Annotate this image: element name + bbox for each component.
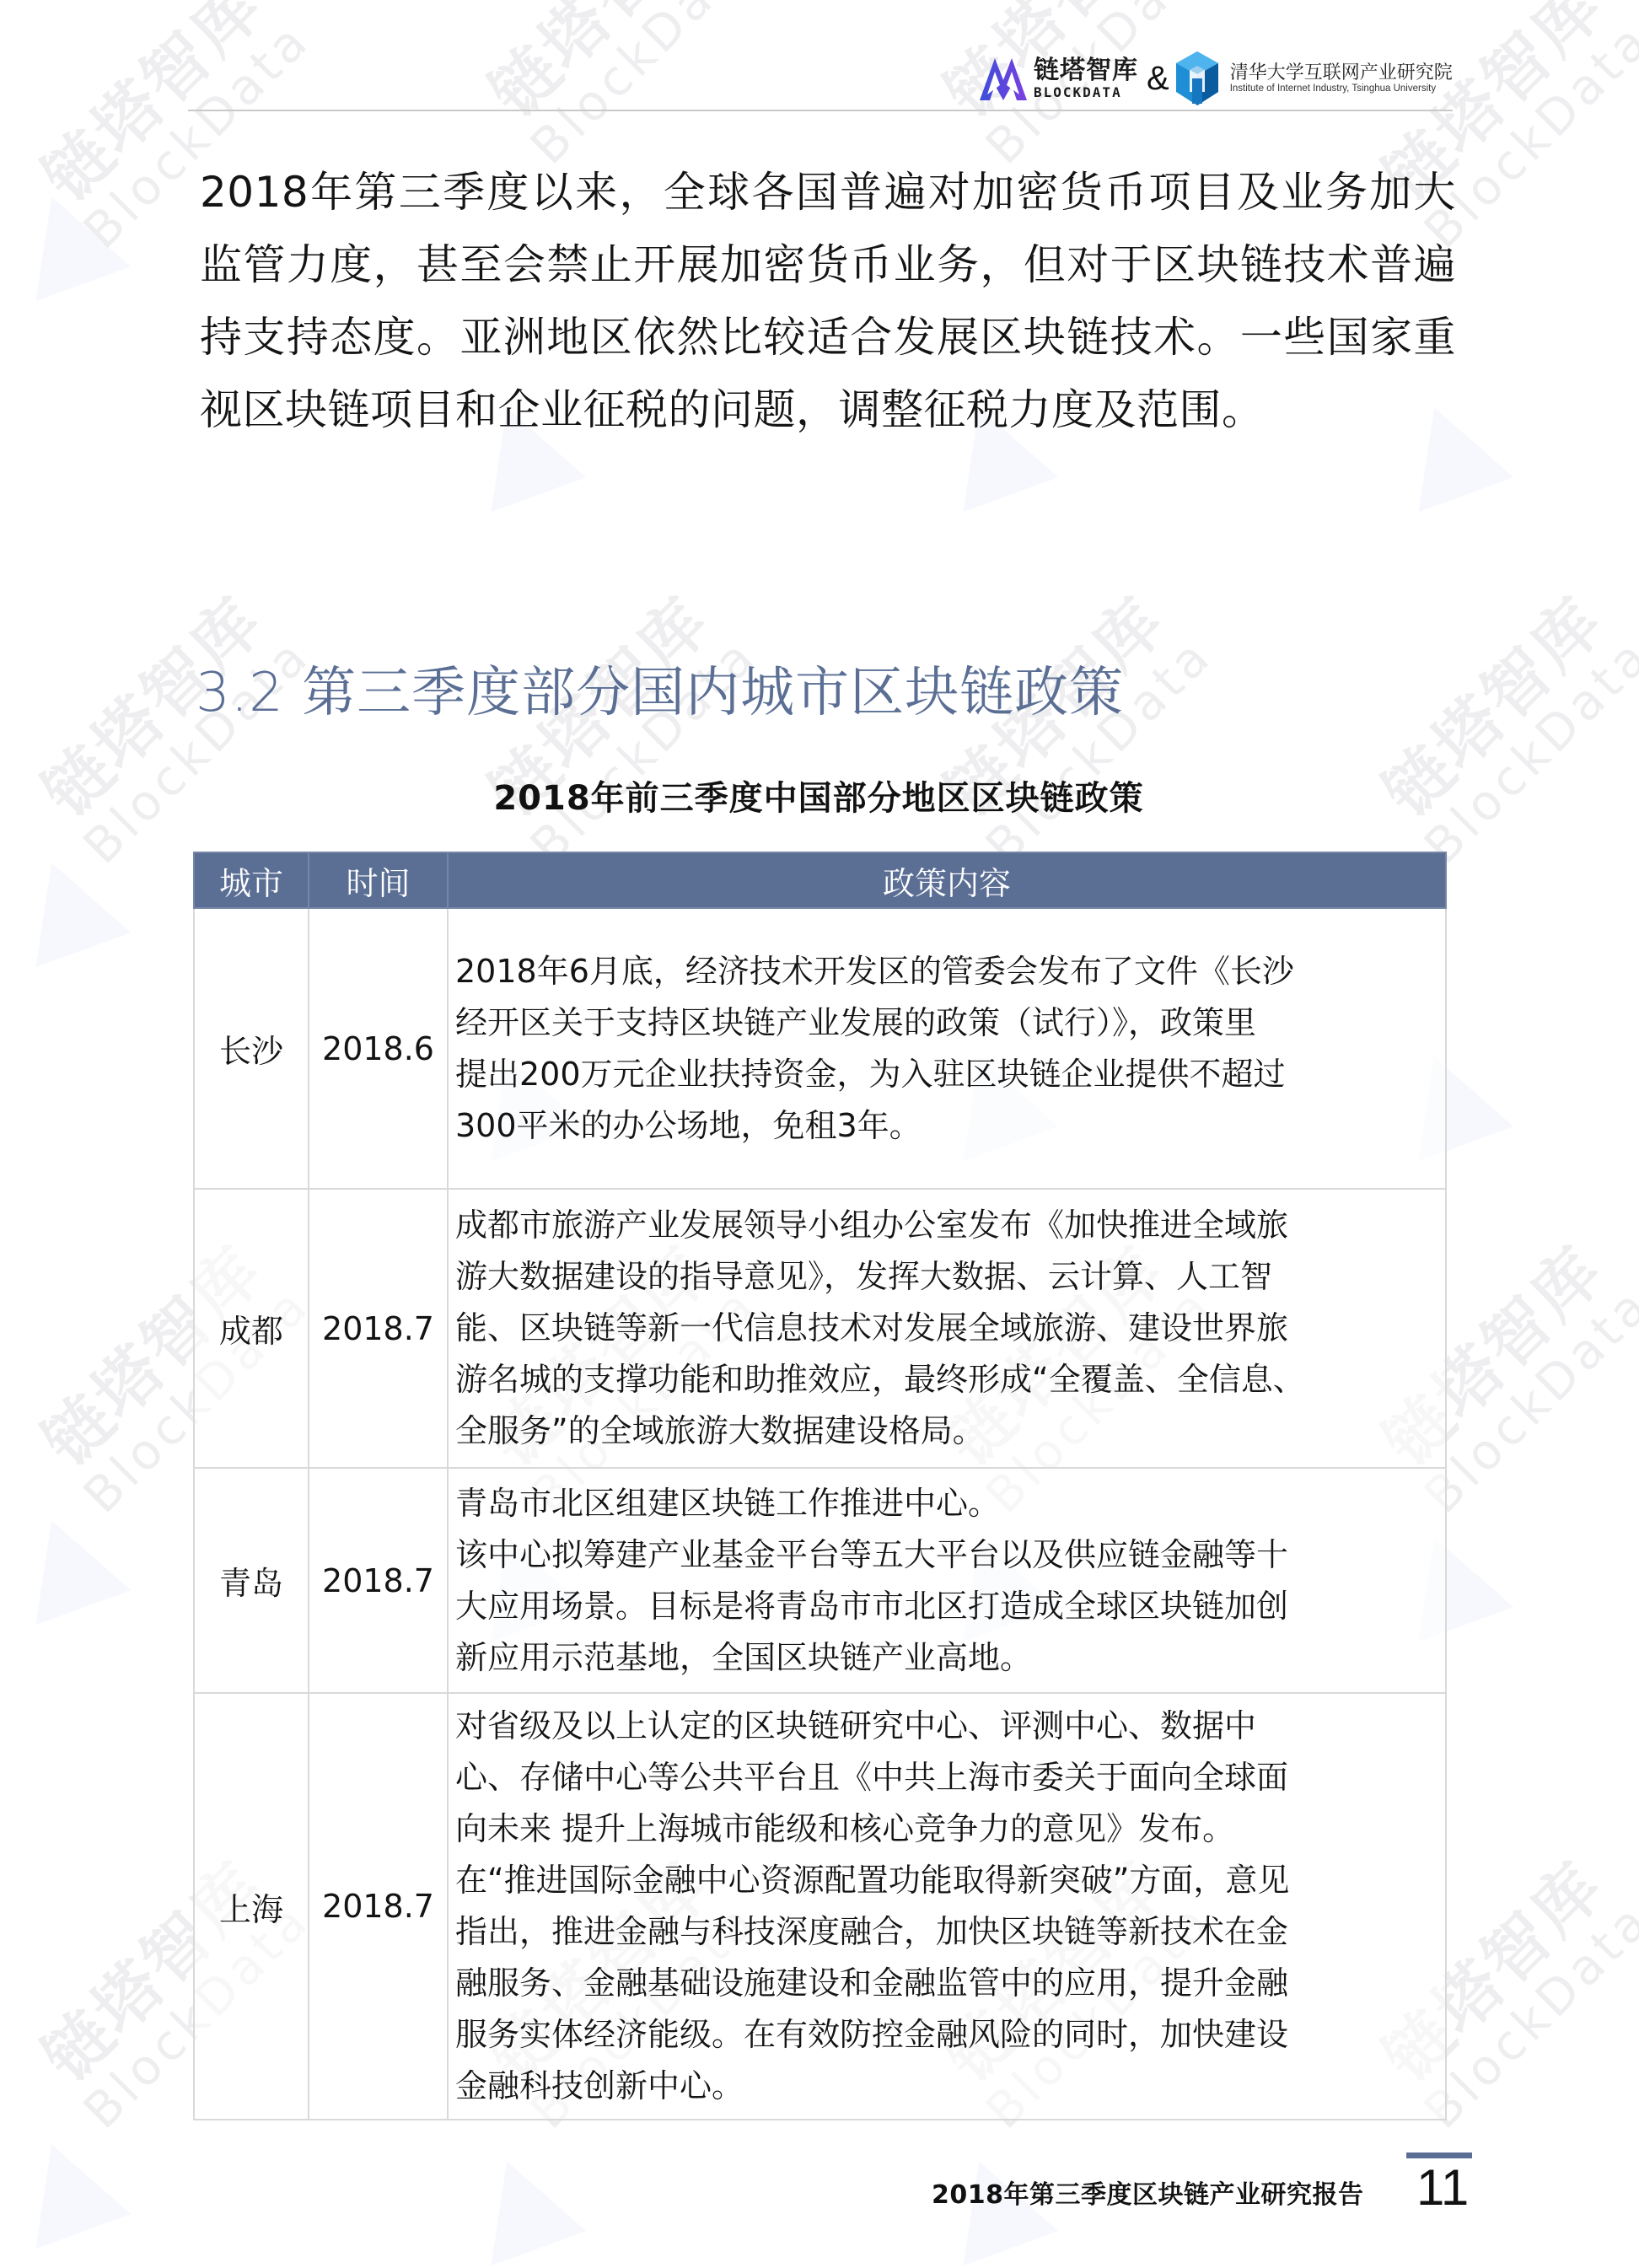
blockdata-name-en: BLOCKDATA xyxy=(1034,86,1138,99)
cell-content: 对省级及以上认定的区块链研究中心、评测中心、数据中 心、存储中心等公共平台且《中… xyxy=(448,1693,1446,2120)
cell-city: 青岛 xyxy=(194,1468,309,1693)
cell-content: 成都市旅游产业发展领导小组办公室发布《加快推进全域旅 游大数据建设的指导意见》，… xyxy=(448,1189,1446,1468)
cell-date: 2018.7 xyxy=(309,1189,448,1468)
page-header: 链塔智库 BLOCKDATA & 清华大学互联网产业研究院 Institute … xyxy=(978,51,1453,106)
header-divider xyxy=(188,110,1453,111)
blockdata-name-cn: 链塔智库 xyxy=(1034,58,1138,83)
column-header-content: 政策内容 xyxy=(448,852,1446,908)
table-header-row: 城市 时间 政策内容 xyxy=(194,852,1446,908)
blockdata-logo: 链塔智库 BLOCKDATA xyxy=(978,55,1138,102)
ampersand: & xyxy=(1147,60,1169,98)
cell-date: 2018.7 xyxy=(309,1693,448,2120)
table-row: 成都 2018.7 成都市旅游产业发展领导小组办公室发布《加快推进全域旅 游大数… xyxy=(194,1189,1446,1468)
table-row: 上海 2018.7 对省级及以上认定的区块链研究中心、评测中心、数据中 心、存储… xyxy=(194,1693,1446,2120)
watermark-text: 链塔智库BlockData xyxy=(1367,579,1639,873)
column-header-date: 时间 xyxy=(309,852,448,908)
cell-city: 上海 xyxy=(194,1693,309,2120)
blockdata-logo-icon xyxy=(978,55,1029,102)
watermark-logo-icon xyxy=(4,846,131,967)
watermark-logo-icon xyxy=(4,180,131,301)
footer-report-title: 2018年第三季度区块链产业研究报告 xyxy=(932,2174,1364,2211)
cell-date: 2018.7 xyxy=(309,1468,448,1693)
cell-date: 2018.6 xyxy=(309,908,448,1189)
watermark-logo-icon xyxy=(459,2144,586,2265)
watermark-text: 链塔智库BlockData xyxy=(473,0,766,173)
tsinghua-institute-name-cn: 清华大学互联网产业研究院 xyxy=(1230,62,1453,83)
cell-city: 成都 xyxy=(194,1189,309,1468)
cell-content: 青岛市北区组建区块链工作推进中心。 该中心拟筹建产业基金平台等五大平台以及供应链… xyxy=(448,1468,1446,1693)
table-title: 2018年前三季度中国部分地区区块链政策 xyxy=(193,771,1444,820)
watermark-logo-icon xyxy=(4,1503,131,1625)
cell-city: 长沙 xyxy=(194,908,309,1189)
tsinghua-institute-cube-icon xyxy=(1174,50,1220,107)
watermark-logo-icon xyxy=(4,2127,131,2249)
table-row: 青岛 2018.7 青岛市北区组建区块链工作推进中心。 该中心拟筹建产业基金平台… xyxy=(194,1468,1446,1693)
intro-paragraph: 2018年第三季度以来，全球各国普遍对加密货币项目及业务加大监管力度，甚至会禁止… xyxy=(200,156,1456,446)
section-title: 3.2 第三季度部分国内城市区块链政策 xyxy=(196,649,1124,727)
policy-table: 城市 时间 政策内容 长沙 2018.6 2018年6月底，经济技术开发区的管委… xyxy=(193,852,1447,2120)
page-number: 11 xyxy=(1416,2158,1469,2217)
footer-accent-bar xyxy=(1406,2152,1472,2158)
table-row: 长沙 2018.6 2018年6月底，经济技术开发区的管委会发布了文件《长沙 经… xyxy=(194,908,1446,1189)
cell-content: 2018年6月底，经济技术开发区的管委会发布了文件《长沙 经开区关于支持区块链产… xyxy=(448,908,1446,1189)
column-header-city: 城市 xyxy=(194,852,309,908)
tsinghua-institute-name-en: Institute of Internet Industry, Tsinghua… xyxy=(1230,83,1453,94)
